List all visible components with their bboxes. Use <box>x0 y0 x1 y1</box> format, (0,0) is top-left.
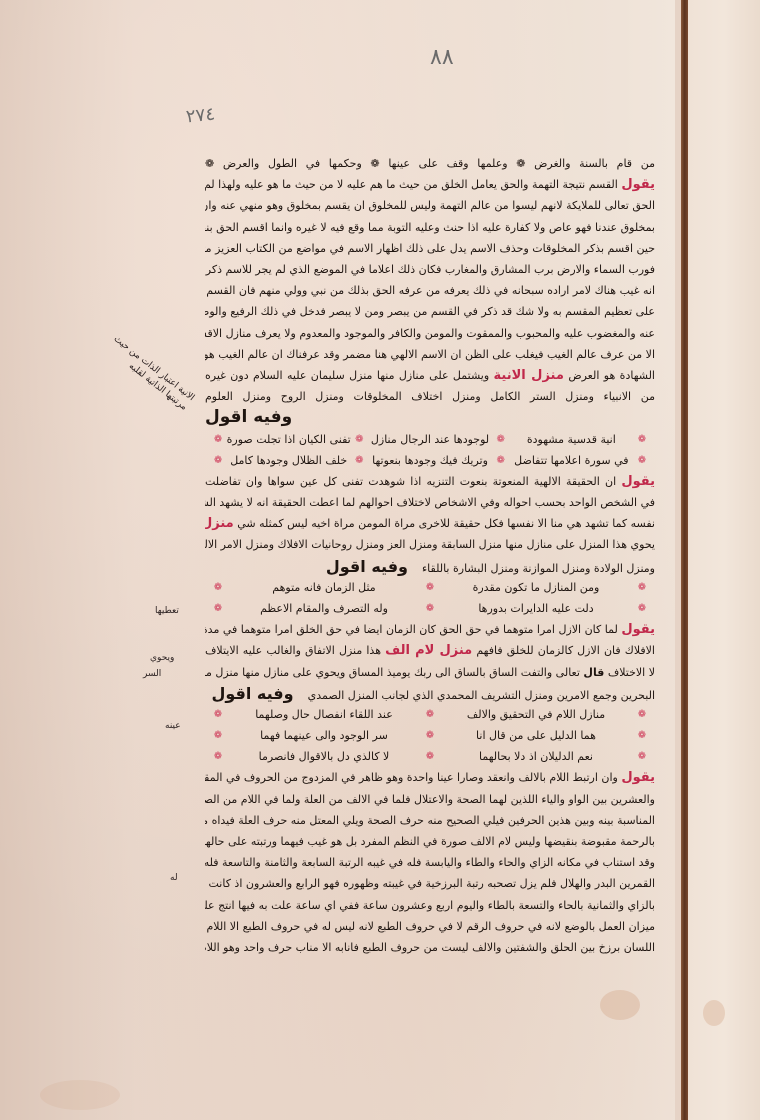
text-line: بمخلوق عندنا فهو عاص ولا كفارة عليه اذا … <box>205 217 655 238</box>
verse-marker-icon: ❁ <box>494 455 508 466</box>
folio-number-left: ٢٧٤ <box>185 104 216 128</box>
verse-line: ❁ في سورة اعلامها تتفاضل ❁ وتريك فيك وجو… <box>205 450 655 471</box>
rubric-yaqul: يقول <box>621 474 655 489</box>
verse-marker-icon: ❁ <box>211 751 225 762</box>
verse-marker-icon: ❁ <box>423 582 437 593</box>
margin-note: عينه <box>165 720 181 732</box>
text-line: فورب السماء والارض برب المشارق والمغارب … <box>205 259 655 280</box>
text-line: الافلاك فان الازل كالزمان للخلق فافهم من… <box>205 640 655 661</box>
text-line: الشهادة هو العرض منزل الانية ويشتمل على … <box>205 365 655 386</box>
paper-stain <box>703 1000 725 1026</box>
verse-marker-icon: ❁ <box>635 582 649 593</box>
verse-line: ❁ منازل اللام في التحقيق والالف ❁ عند ال… <box>205 704 655 725</box>
verse-marker-icon: ❁ <box>352 455 366 466</box>
verse-marker-icon: ❁ <box>211 582 225 593</box>
verse-line: ❁ نعم الدليلان اذ دلا بحالهما ❁ لا كالذي… <box>205 746 655 767</box>
adjacent-page-edge <box>688 0 760 1120</box>
text-line: ومنزل الولادة ومنزل الموازنة ومنزل البشا… <box>205 556 655 577</box>
text-line: يحوي هذا المنزل على منازل منها منزل السا… <box>205 534 655 555</box>
verse-line: ❁ دلت عليه الدايرات بدورها ❁ وله التصرف … <box>205 598 655 619</box>
text-line: اللسان برزخ بين الحلق والشفتين والالف لي… <box>205 937 655 958</box>
text-line: البحرين وجمع الامرين ومنزل التشريف المحم… <box>205 683 655 704</box>
rubric-qala: قال <box>583 666 604 679</box>
text-line: من الانبياء ومنزل الستر الكامل ومنزل اخت… <box>205 386 655 407</box>
rubric-yaqul: يقول <box>621 622 655 637</box>
margin-note: الانية اعتبار الذات من حيث مرتبتها الذات… <box>87 321 196 414</box>
verse-marker-icon: ❁ <box>211 730 225 741</box>
text-line: بالزاي والثمانية بالحاء والتسعة بالطاء و… <box>205 895 655 916</box>
text-line: يقول وان ارتبط اللام بالالف وانعقد وصارا… <box>205 767 655 788</box>
text-line: نفسه كما تشهد هي منا الا نفسها فكل حقيقة… <box>205 513 655 534</box>
text-line: حين اقسم بذكر المخلوقات وحذف الاسم يدل ع… <box>205 238 655 259</box>
verse-marker-icon: ❁ <box>423 709 437 720</box>
rubric-yaqul: يقول <box>621 177 655 192</box>
text-line: والعشرين بين الواو والياء اللذين لهما ال… <box>205 789 655 810</box>
paper-stain <box>600 990 640 1020</box>
verse-marker-icon: ❁ <box>635 603 649 614</box>
text-line: ميزان العمل بالوضع لانه في حروف الرقم لا… <box>205 916 655 937</box>
verse-line: ❁ انية قدسية مشهودة ❁ لوجودها عند الرجال… <box>205 428 655 449</box>
verse-marker-icon: ❁ <box>494 434 508 445</box>
margin-note: السر <box>143 668 161 680</box>
rubric-manzil: منزل الانية <box>494 368 564 383</box>
text-line: عنه والمغضوب عليه والمحبوب والممقوت والم… <box>205 323 655 344</box>
text-line: من قام بالسنة والغرض ❁ وعلمها وقف على عي… <box>205 153 655 174</box>
text-line: القمرين البدر والهلال فلم يزل تصحبه رتبة… <box>205 873 655 894</box>
text-line: يقول لما كان الازل امرا متوهما في حق الح… <box>205 619 655 640</box>
text-line: على تعظيم المقسم به ولا شك قد ذكر في الق… <box>205 301 655 322</box>
text-line: المناسبة بينه وبين هذين الحرفين فيلي الص… <box>205 810 655 831</box>
verse-marker-icon: ❁ <box>635 455 649 466</box>
verse-marker-icon: ❁ <box>423 603 437 614</box>
section-heading: وفيه اقول <box>205 407 655 428</box>
verse-marker-icon: ❁ <box>211 434 225 445</box>
manuscript-page: ٨٨ ٢٧٤ الانية اعتبار الذات من حيث مرتبته… <box>0 0 675 1120</box>
text-line: في الشخص الواحد بحسب احواله وفي الاشخاص … <box>205 492 655 513</box>
rubric-manzil: منزل الدهر <box>205 516 234 531</box>
verse-marker-icon: ❁ <box>211 603 225 614</box>
folio-number-top: ٨٨ <box>430 45 454 70</box>
rubric-yaqul: يقول <box>621 770 655 785</box>
text-line: الا من عرف عالم الغيب فيغلب على الظن ان … <box>205 344 655 365</box>
book-gutter <box>681 0 688 1120</box>
section-heading: وفيه اقول <box>326 557 408 576</box>
rubric-manzil: منزل لام الف <box>385 643 472 658</box>
text-line: يقول ان الحقيقة الالهية المنعوتة بنعوت ا… <box>205 471 655 492</box>
verse-line: ❁ ومن المنازل ما تكون مقدرة ❁ مثل الزمان… <box>205 577 655 598</box>
margin-note: له <box>170 872 178 884</box>
verse-marker-icon: ❁ <box>211 455 225 466</box>
verse-marker-icon: ❁ <box>635 709 649 720</box>
verse-marker-icon: ❁ <box>352 434 366 445</box>
paper-stain <box>40 1080 120 1110</box>
text-line: بالرحمة مقبوضة بنقيضها وليس لام الالف صو… <box>205 831 655 852</box>
section-heading: وفيه اقول <box>211 684 293 703</box>
margin-note: تعطيها <box>155 605 179 617</box>
verse-marker-icon: ❁ <box>211 709 225 720</box>
verse-marker-icon: ❁ <box>423 730 437 741</box>
verse-marker-icon: ❁ <box>635 434 649 445</box>
verse-marker-icon: ❁ <box>635 751 649 762</box>
margin-note: ويحوي <box>150 652 174 664</box>
verse-marker-icon: ❁ <box>635 730 649 741</box>
text-line: وقد استناب في مكانه الزاي والحاء والطاء … <box>205 852 655 873</box>
text-line: انه غيب هناك لامر اراده سبحانه في ذلك يع… <box>205 280 655 301</box>
main-text-block: من قام بالسنة والغرض ❁ وعلمها وقف على عي… <box>205 153 655 958</box>
text-line: لا الاختلاف قال تعالى والتفت الساق بالسا… <box>205 662 655 683</box>
verse-marker-icon: ❁ <box>423 751 437 762</box>
text-line: يقول القسم نتيجة التهمة والحق يعامل الخل… <box>205 174 655 195</box>
verse-line: ❁ هما الدليل على من قال انا ❁ سر الوجود … <box>205 725 655 746</box>
text-line: الحق تعالى للملايكة لانهم ليسوا من عالم … <box>205 195 655 216</box>
